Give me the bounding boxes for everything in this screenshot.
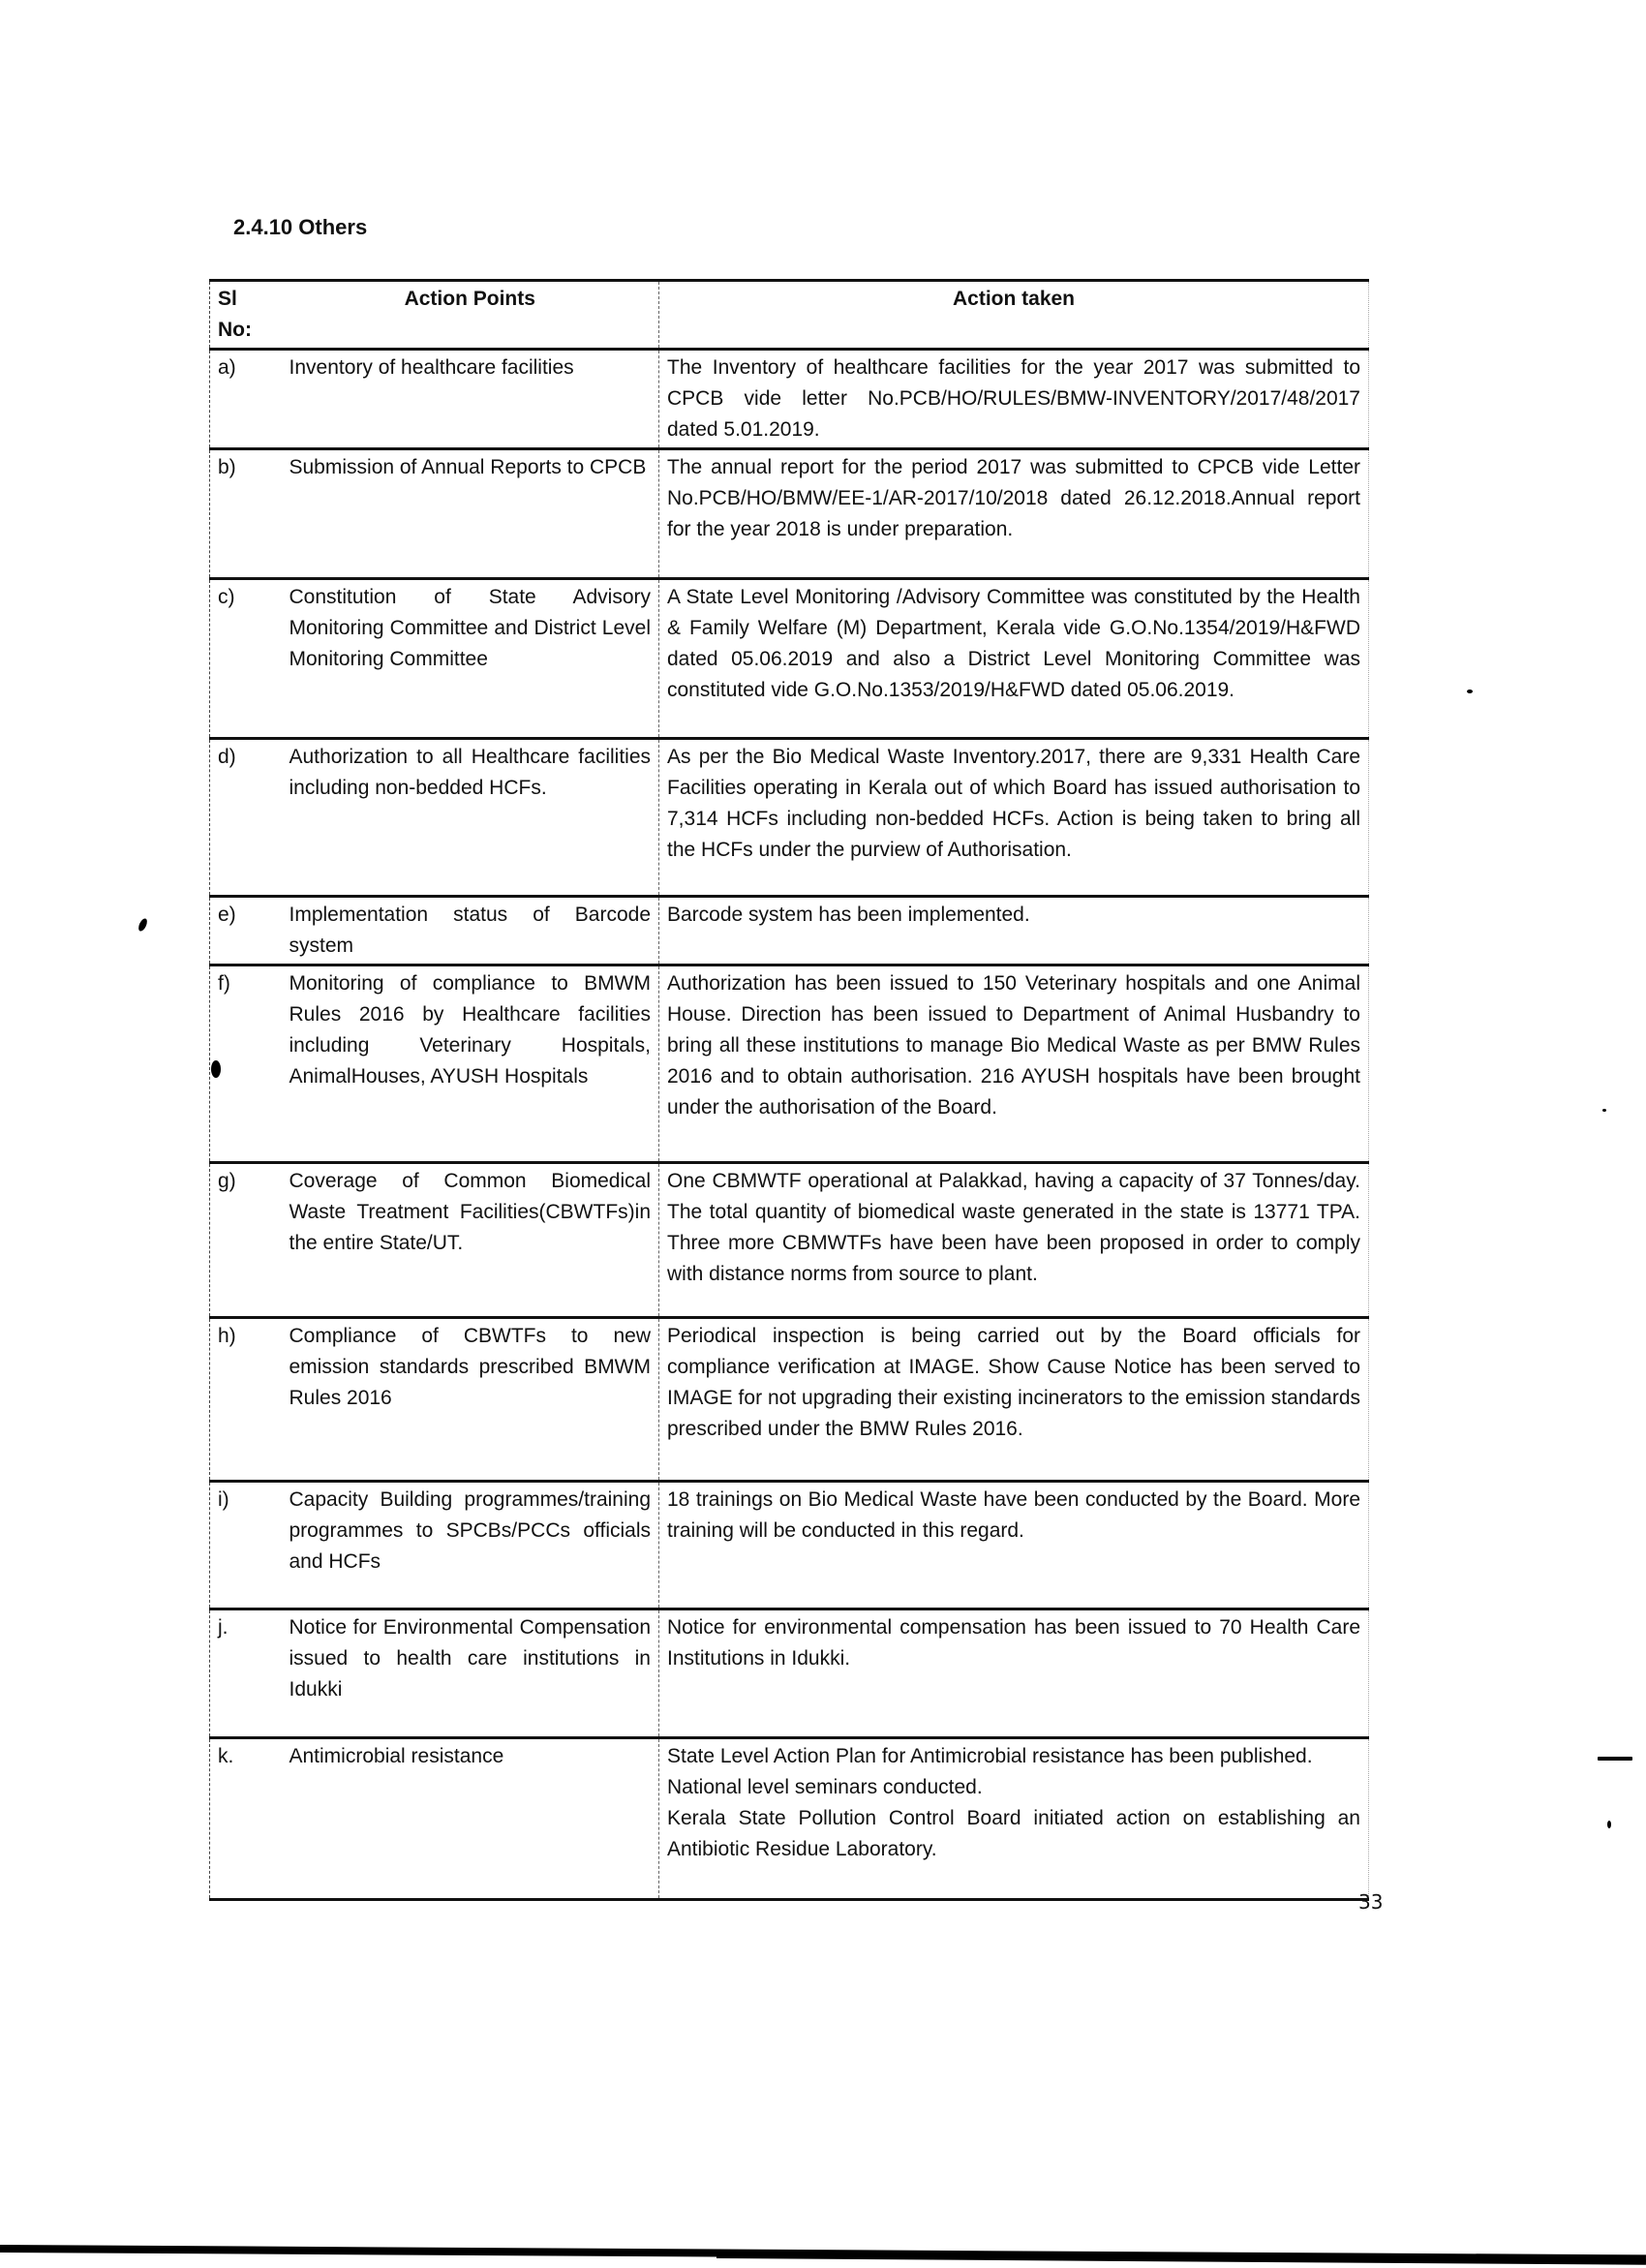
row-action-point: Antimicrobial resistance (282, 1738, 659, 1900)
row-sl-no: k. (210, 1738, 282, 1900)
row-action-point: Monitoring of compliance to BMWM Rules 2… (282, 965, 659, 1163)
row-action-taken: Authorization has been issued to 150 Vet… (659, 965, 1369, 1163)
action-taken-paragraph: Kerala State Pollution Control Board ini… (667, 1803, 1360, 1865)
scan-speck (137, 917, 148, 933)
row-action-taken: The annual report for the period 2017 wa… (659, 449, 1369, 579)
row-action-taken: Barcode system has been implemented. (659, 897, 1369, 965)
table-row: g)Coverage of Common Biomedical Waste Tr… (210, 1163, 1369, 1318)
scan-speck (1467, 690, 1473, 693)
action-taken-paragraph: Barcode system has been implemented. (667, 900, 1360, 931)
row-action-taken: As per the Bio Medical Waste Inventory.2… (659, 739, 1369, 897)
row-action-point: Coverage of Common Biomedical Waste Trea… (282, 1163, 659, 1318)
action-taken-paragraph: National level seminars conducted. (667, 1772, 1360, 1803)
row-action-point: Compliance of CBWTFs to new emission sta… (282, 1318, 659, 1482)
table-row: e)Implementation status of Barcode syste… (210, 897, 1369, 965)
row-action-point: Authorization to all Healthcare faciliti… (282, 739, 659, 897)
section-title: 2.4.10 Others (233, 215, 367, 240)
row-action-point: Implementation status of Barcode system (282, 897, 659, 965)
table-row: h)Compliance of CBWTFs to new emission s… (210, 1318, 1369, 1482)
action-taken-paragraph: State Level Action Plan for Antimicrobia… (667, 1741, 1360, 1772)
action-taken-paragraph: Periodical inspection is being carried o… (667, 1321, 1360, 1445)
row-action-taken: Periodical inspection is being carried o… (659, 1318, 1369, 1482)
action-taken-paragraph: One CBMWTF operational at Palakkad, havi… (667, 1166, 1360, 1290)
table-row: f)Monitoring of compliance to BMWM Rules… (210, 965, 1369, 1163)
row-action-taken: State Level Action Plan for Antimicrobia… (659, 1738, 1369, 1900)
table-header-row: Sl No: Action Points Action taken (210, 281, 1369, 350)
row-sl-no: b) (210, 449, 282, 579)
scan-speck (1598, 1757, 1632, 1761)
action-table: Sl No: Action Points Action taken a)Inve… (209, 279, 1369, 1901)
row-action-point: Submission of Annual Reports to CPCB (282, 449, 659, 579)
row-sl-no: f) (210, 965, 282, 1163)
action-taken-paragraph: The Inventory of healthcare facilities f… (667, 352, 1360, 445)
row-action-point: Capacity Building programmes/training pr… (282, 1482, 659, 1609)
row-action-taken: One CBMWTF operational at Palakkad, havi… (659, 1163, 1369, 1318)
row-action-point: Constitution of State Advisory Monitorin… (282, 579, 659, 739)
row-sl-no: i) (210, 1482, 282, 1609)
table-row: a)Inventory of healthcare facilitiesThe … (210, 350, 1369, 449)
table-row: i)Capacity Building programmes/training … (210, 1482, 1369, 1609)
header-sl-no: Sl No: (210, 281, 282, 350)
row-sl-no: a) (210, 350, 282, 449)
row-action-taken: 18 trainings on Bio Medical Waste have b… (659, 1482, 1369, 1609)
action-taken-paragraph: Notice for environmental compensation ha… (667, 1612, 1360, 1674)
row-action-taken: The Inventory of healthcare facilities f… (659, 350, 1369, 449)
table-row: c)Constitution of State Advisory Monitor… (210, 579, 1369, 739)
row-action-point: Notice for Environmental Compensation is… (282, 1609, 659, 1738)
table-row: k.Antimicrobial resistanceState Level Ac… (210, 1738, 1369, 1900)
scan-speck (211, 1060, 221, 1078)
action-taken-paragraph: As per the Bio Medical Waste Inventory.2… (667, 742, 1360, 866)
row-action-taken: Notice for environmental compensation ha… (659, 1609, 1369, 1738)
row-action-taken: A State Level Monitoring /Advisory Commi… (659, 579, 1369, 739)
row-sl-no: j. (210, 1609, 282, 1738)
page-number: 33 (1358, 1890, 1383, 1914)
action-taken-paragraph: A State Level Monitoring /Advisory Commi… (667, 582, 1360, 706)
action-taken-paragraph: The annual report for the period 2017 wa… (667, 452, 1360, 545)
row-action-point: Inventory of healthcare facilities (282, 350, 659, 449)
row-sl-no: c) (210, 579, 282, 739)
scan-speck (1602, 1109, 1606, 1112)
header-action-taken: Action taken (659, 281, 1369, 350)
header-action-points: Action Points (282, 281, 659, 350)
table-row: b)Submission of Annual Reports to CPCBTh… (210, 449, 1369, 579)
action-taken-paragraph: 18 trainings on Bio Medical Waste have b… (667, 1485, 1360, 1547)
scan-speck (1607, 1821, 1611, 1828)
row-sl-no: g) (210, 1163, 282, 1318)
row-sl-no: d) (210, 739, 282, 897)
row-sl-no: e) (210, 897, 282, 965)
action-taken-paragraph: Authorization has been issued to 150 Vet… (667, 968, 1360, 1123)
table-row: j.Notice for Environmental Compensation … (210, 1609, 1369, 1738)
row-sl-no: h) (210, 1318, 282, 1482)
table-row: d)Authorization to all Healthcare facili… (210, 739, 1369, 897)
